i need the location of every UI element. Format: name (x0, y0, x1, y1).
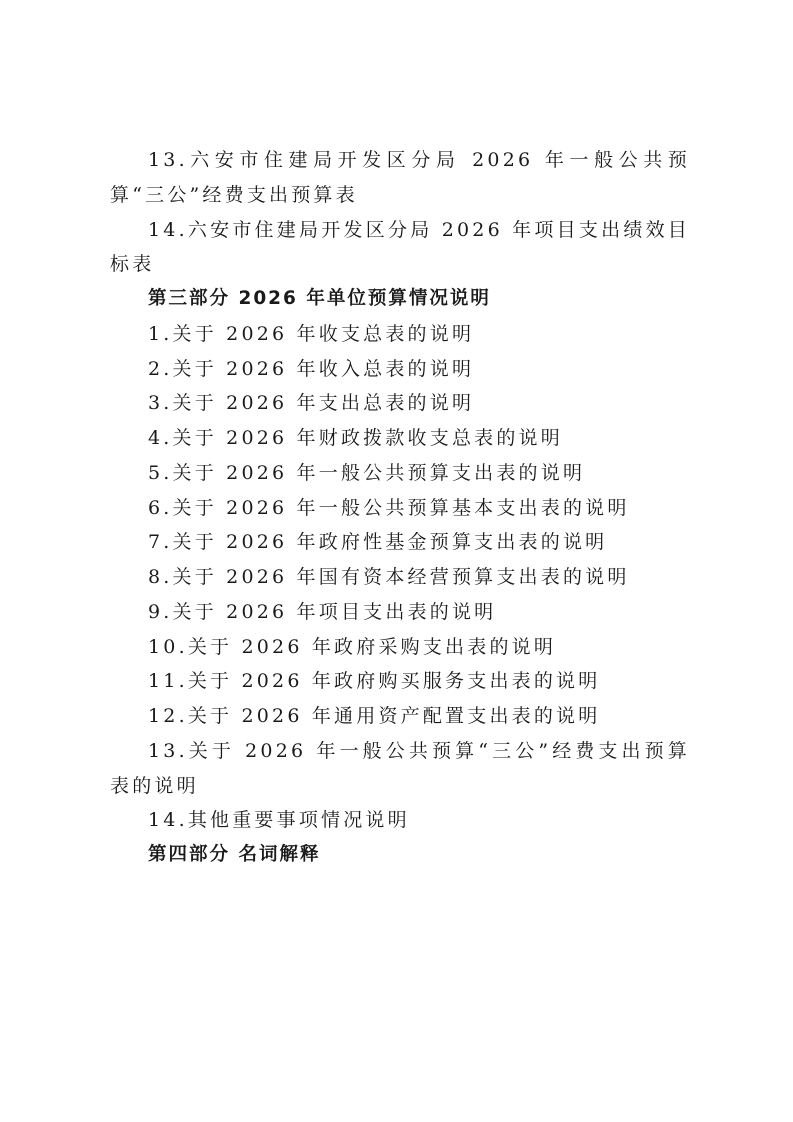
toc-item: 1.关于 2026 年收支总表的说明 (110, 317, 690, 352)
toc-item: 5.关于 2026 年一般公共预算支出表的说明 (110, 456, 690, 491)
toc-item: 9.关于 2026 年项目支出表的说明 (110, 595, 690, 630)
toc-item: 14.其他重要事项情况说明 (110, 803, 690, 838)
section-heading-part3: 第三部分 2026 年单位预算情况说明 (110, 282, 690, 317)
toc-item: 14.六安市住建局开发区分局 2026 年项目支出绩效目标表 (110, 213, 690, 283)
toc-item: 3.关于 2026 年支出总表的说明 (110, 386, 690, 421)
toc-item: 13.六安市住建局开发区分局 2026 年一般公共预算“三公”经费支出预算表 (110, 143, 690, 213)
toc-item: 13.关于 2026 年一般公共预算“三公”经费支出预算表的说明 (110, 734, 690, 804)
toc-item: 11.关于 2026 年政府购买服务支出表的说明 (110, 664, 690, 699)
document-page: 13.六安市住建局开发区分局 2026 年一般公共预算“三公”经费支出预算表 1… (110, 143, 690, 873)
toc-item: 10.关于 2026 年政府采购支出表的说明 (110, 630, 690, 665)
toc-item: 8.关于 2026 年国有资本经营预算支出表的说明 (110, 560, 690, 595)
toc-item: 2.关于 2026 年收入总表的说明 (110, 352, 690, 387)
section-heading-part4: 第四部分 名词解释 (110, 838, 690, 873)
toc-item: 4.关于 2026 年财政拨款收支总表的说明 (110, 421, 690, 456)
toc-item: 12.关于 2026 年通用资产配置支出表的说明 (110, 699, 690, 734)
toc-item: 6.关于 2026 年一般公共预算基本支出表的说明 (110, 491, 690, 526)
toc-item: 7.关于 2026 年政府性基金预算支出表的说明 (110, 525, 690, 560)
